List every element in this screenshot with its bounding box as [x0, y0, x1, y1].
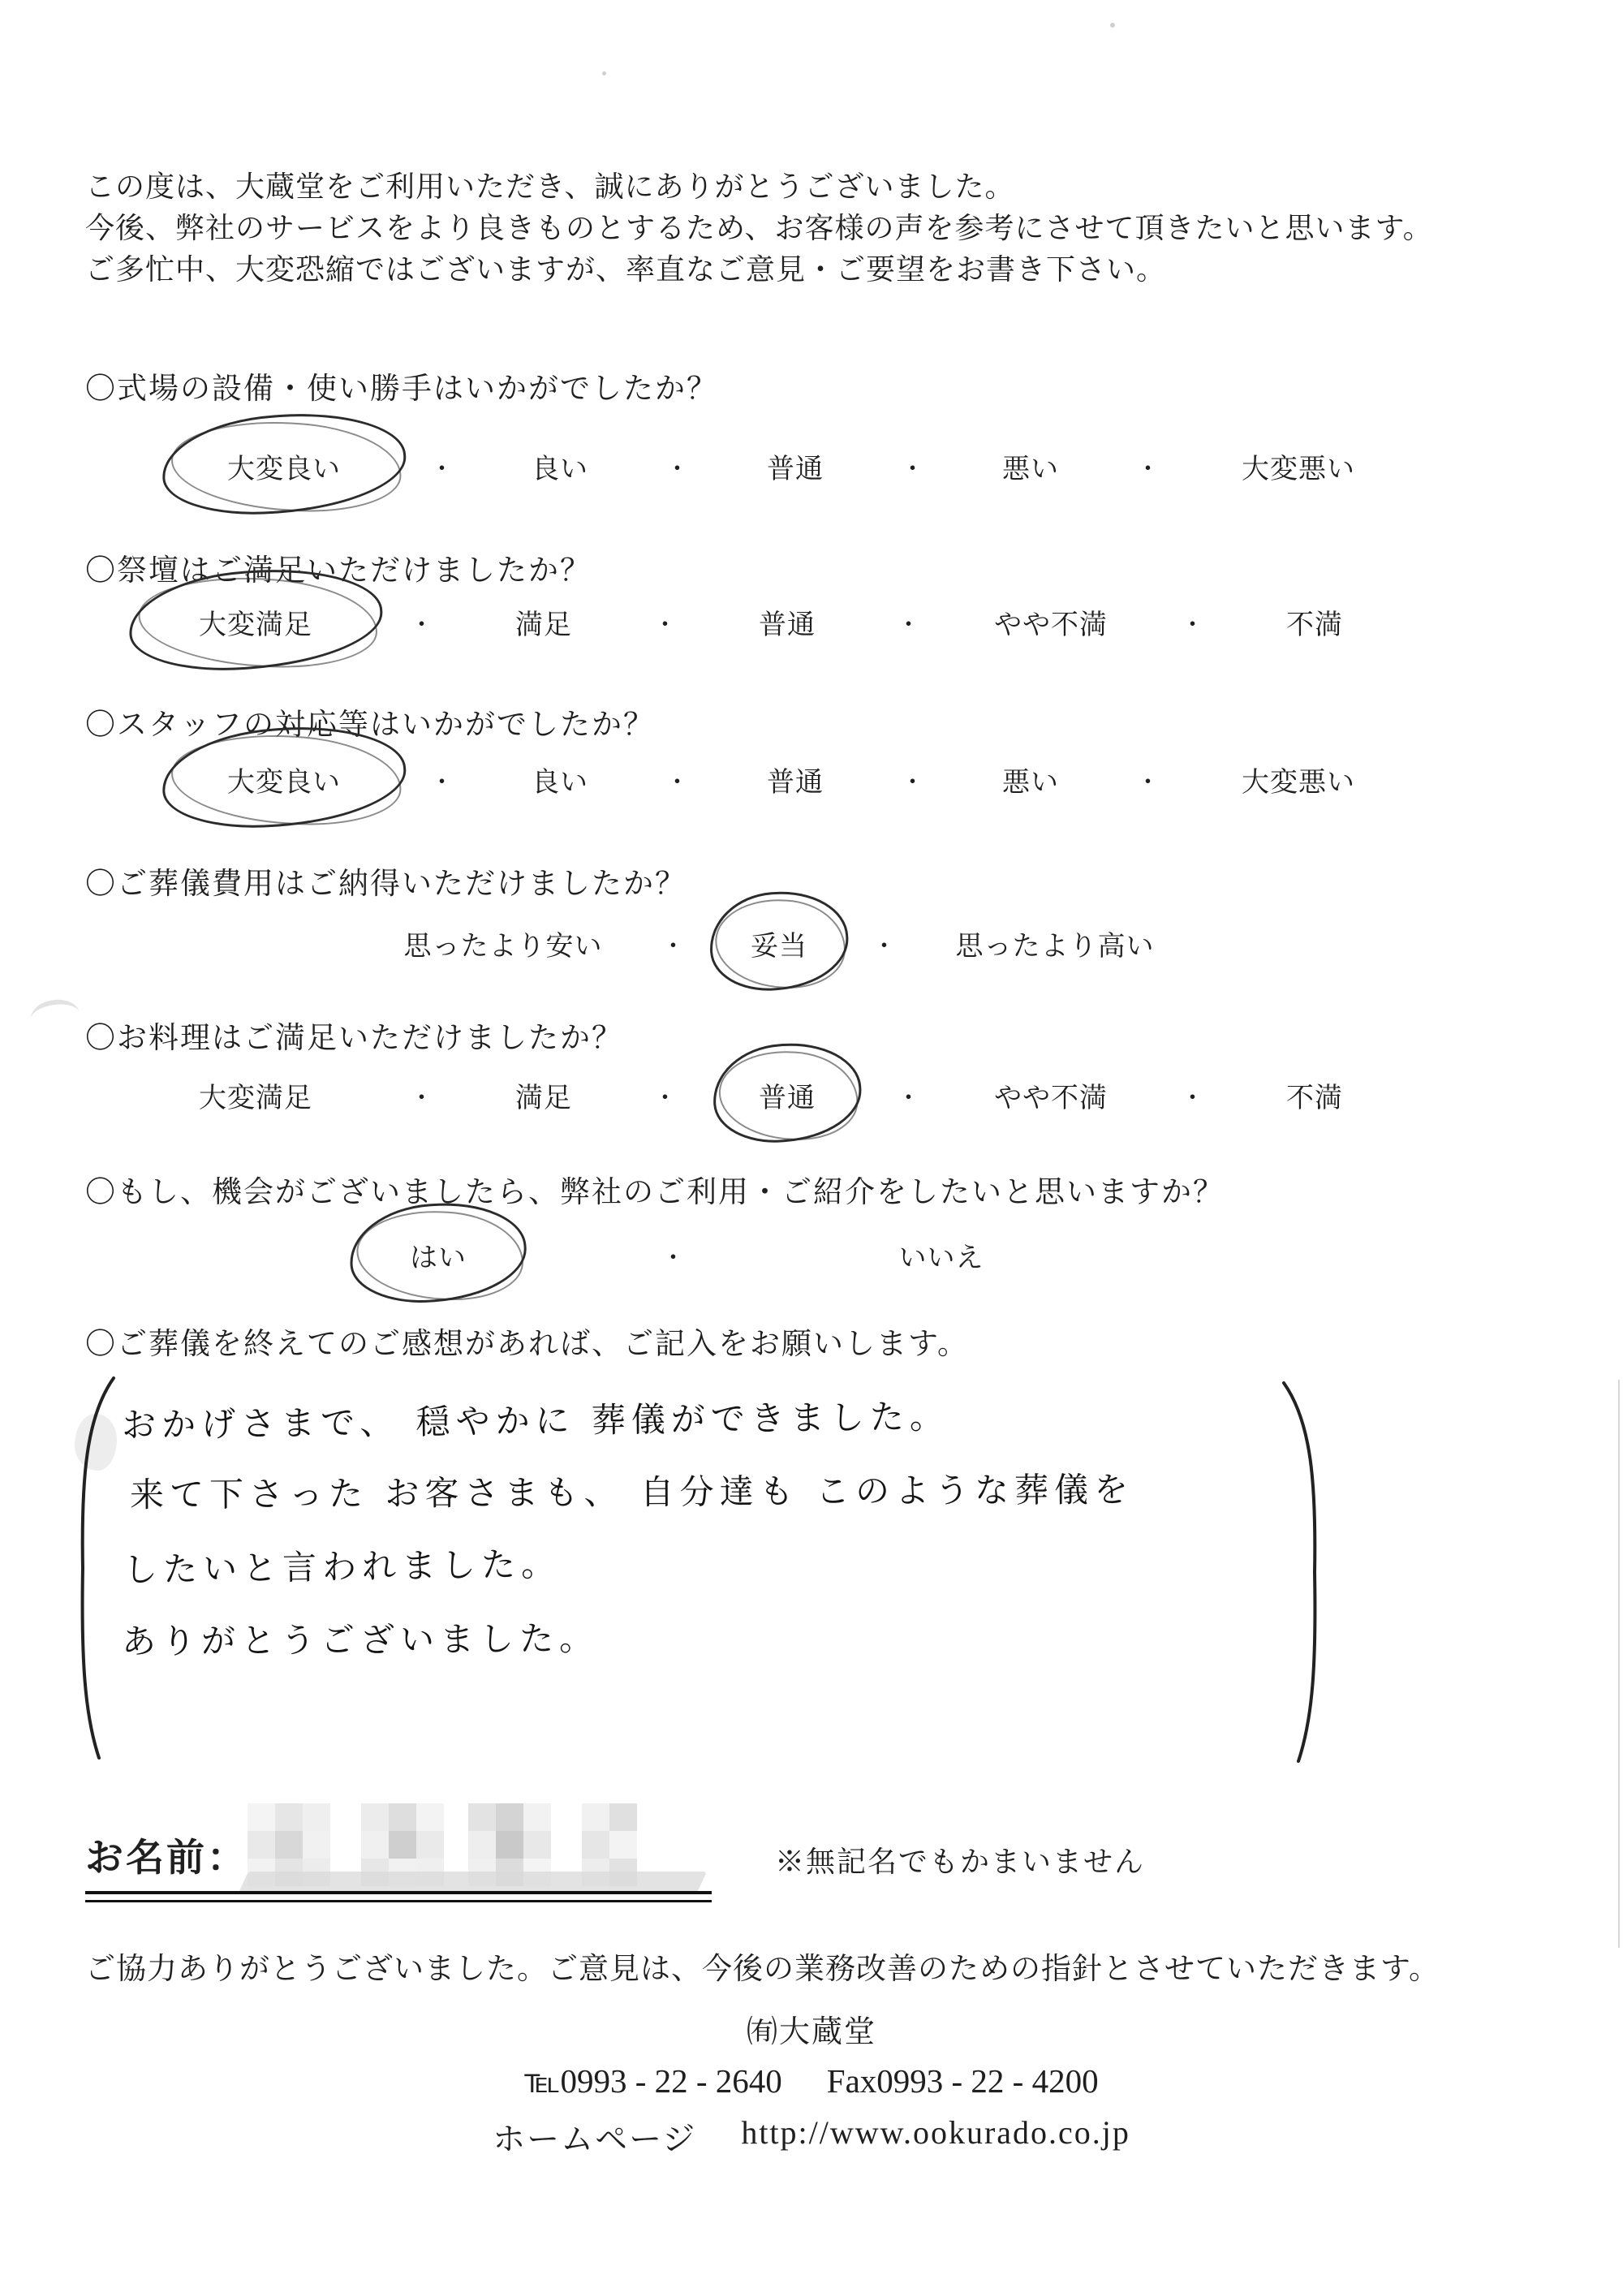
option-separator-dot: ・ [605, 1078, 726, 1114]
option-separator-dot: ・ [511, 1238, 836, 1273]
question-cost-options: 思ったより安い・妥当・思ったより高い [85, 924, 1177, 963]
option-label: 満足 [483, 602, 605, 642]
option-label: 満足 [483, 1075, 605, 1115]
comment-right-bracket [1274, 1378, 1326, 1766]
anonymous-ok-note: ※無記名でもかまいません [775, 1839, 1145, 1880]
comment-line-4: ありがとうございました。 [122, 1612, 599, 1664]
option-separator-dot: ・ [1132, 605, 1254, 640]
option-separator-dot: ・ [1091, 762, 1205, 798]
question-staff-options: 大変良い・良い・普通・悪い・大変悪い [85, 760, 1392, 799]
fax-number: Fax0993 - 22 - 4200 [827, 2061, 1099, 2100]
question-referral-text: 〇もし、機会がございましたら、弊社のご利用・ご紹介をしたいと思いますか？ [85, 1167, 1225, 1211]
question-altar-options: 大変満足・満足・普通・やや不満・不満 [85, 602, 1375, 642]
comment-left-bracket [71, 1373, 123, 1763]
option-separator-dot: ・ [605, 605, 726, 640]
option-label: 良い [499, 446, 621, 486]
option-separator-dot: ・ [621, 449, 734, 485]
option-separator-dot: ・ [1132, 1078, 1254, 1114]
option-separator-dot: ・ [856, 449, 970, 485]
homepage-label: ホームページ [493, 2113, 696, 2160]
option-label-circled: 大変良い [183, 760, 385, 799]
scan-speck [602, 71, 606, 75]
option-label: やや不満 [970, 1075, 1132, 1115]
homepage-url: http://www.ookurado.co.jp [741, 2113, 1130, 2160]
question-food-options: 大変満足・満足・普通・やや不満・不満 [85, 1075, 1375, 1115]
question-cost-text: 〇ご葬儀費用はご納得いただけましたか？ [85, 859, 687, 902]
option-label: 大変悪い [1205, 446, 1392, 486]
option-label: 普通 [726, 602, 848, 642]
scan-smudge-underline [239, 1872, 707, 1893]
option-label: 思ったより高い [933, 924, 1177, 963]
option-label-circled: 普通 [726, 1075, 848, 1115]
option-label: 悪い [970, 760, 1091, 799]
company-name: ㈲大蔵堂 [0, 2006, 1623, 2051]
option-label: 大変悪い [1205, 760, 1392, 799]
scanned-survey-document: { "document": { "intro": [ "この度は、大蔵堂をご利用… [0, 0, 1623, 2296]
option-separator-dot: ・ [621, 762, 734, 798]
option-separator-dot: ・ [856, 762, 970, 798]
option-separator-dot: ・ [836, 926, 933, 962]
scan-speck [1110, 23, 1115, 28]
option-label: いいえ [836, 1235, 1047, 1275]
name-field-underline [85, 1891, 712, 1902]
name-field-label: お名前： [85, 1828, 248, 1882]
question-comment-prompt: 〇ご葬儀を終えてのご感想があれば、ご記入をお願いします。 [85, 1319, 969, 1363]
scan-artifact-left-edge [29, 997, 82, 1036]
option-separator-dot: ・ [848, 605, 970, 640]
option-label-circled: はい [365, 1235, 511, 1275]
option-label: 普通 [734, 760, 856, 799]
option-label: 悪い [970, 446, 1091, 486]
comment-line-2: 来て下さった お客さまも、 自分達も このような葬儀を [130, 1463, 1134, 1517]
comment-line-1: おかげさまで、 穏やかに 葬儀ができました。 [122, 1390, 949, 1448]
question-venue-options: 大変良い・良い・普通・悪い・大変悪い [85, 446, 1392, 486]
intro-line-3: ご多忙中、大変恐縮ではございますが、率直なご意見・ご要望をお書き下さい。 [85, 249, 1433, 291]
question-food-text: 〇お料理はご満足いただけましたか？ [85, 1013, 623, 1057]
option-label-circled: 妥当 [722, 924, 836, 963]
intro-line-2: 今後、弊社のサービスをより良きものとするため、お客様の声を参考にさせて頂きたいと… [85, 208, 1433, 249]
option-label: 思ったより安い [381, 924, 625, 963]
tel-number: ℡0993 - 22 - 2640 [524, 2061, 781, 2100]
option-label-circled: 大変満足 [150, 602, 361, 642]
comment-line-3: したいと言われました。 [123, 1537, 562, 1592]
option-label: 不満 [1254, 1075, 1375, 1115]
option-label: 大変満足 [150, 1075, 361, 1115]
option-separator-dot: ・ [625, 926, 722, 962]
homepage-line: ホームページ http://www.ookurado.co.jp [0, 2113, 1623, 2160]
option-separator-dot: ・ [848, 1078, 970, 1114]
option-label: やや不満 [970, 602, 1132, 642]
option-label: 良い [499, 760, 621, 799]
contact-line: ℡0993 - 22 - 2640 Fax0993 - 22 - 4200 [0, 2061, 1623, 2100]
intro-line-1: この度は、大蔵堂をご利用いただき、誠にありがとうございました。 [85, 166, 1433, 208]
intro-text: この度は、大蔵堂をご利用いただき、誠にありがとうございました。 今後、弊社のサー… [85, 166, 1433, 291]
option-label: 不満 [1254, 602, 1375, 642]
scan-artifact-right-edge [1618, 1380, 1620, 1948]
option-separator-dot: ・ [1091, 449, 1205, 485]
question-referral-options: はい・いいえ [85, 1235, 1047, 1275]
option-label: 普通 [734, 446, 856, 486]
closing-thanks-text: ご協力ありがとうございました。ご意見は、今後の業務改善のための指針とさせていただ… [85, 1944, 1440, 1988]
option-separator-dot: ・ [361, 1078, 483, 1114]
question-venue-text: 〇式場の設備・使い勝手はいかがでしたか？ [85, 364, 718, 407]
option-label-circled: 大変良い [183, 446, 385, 486]
